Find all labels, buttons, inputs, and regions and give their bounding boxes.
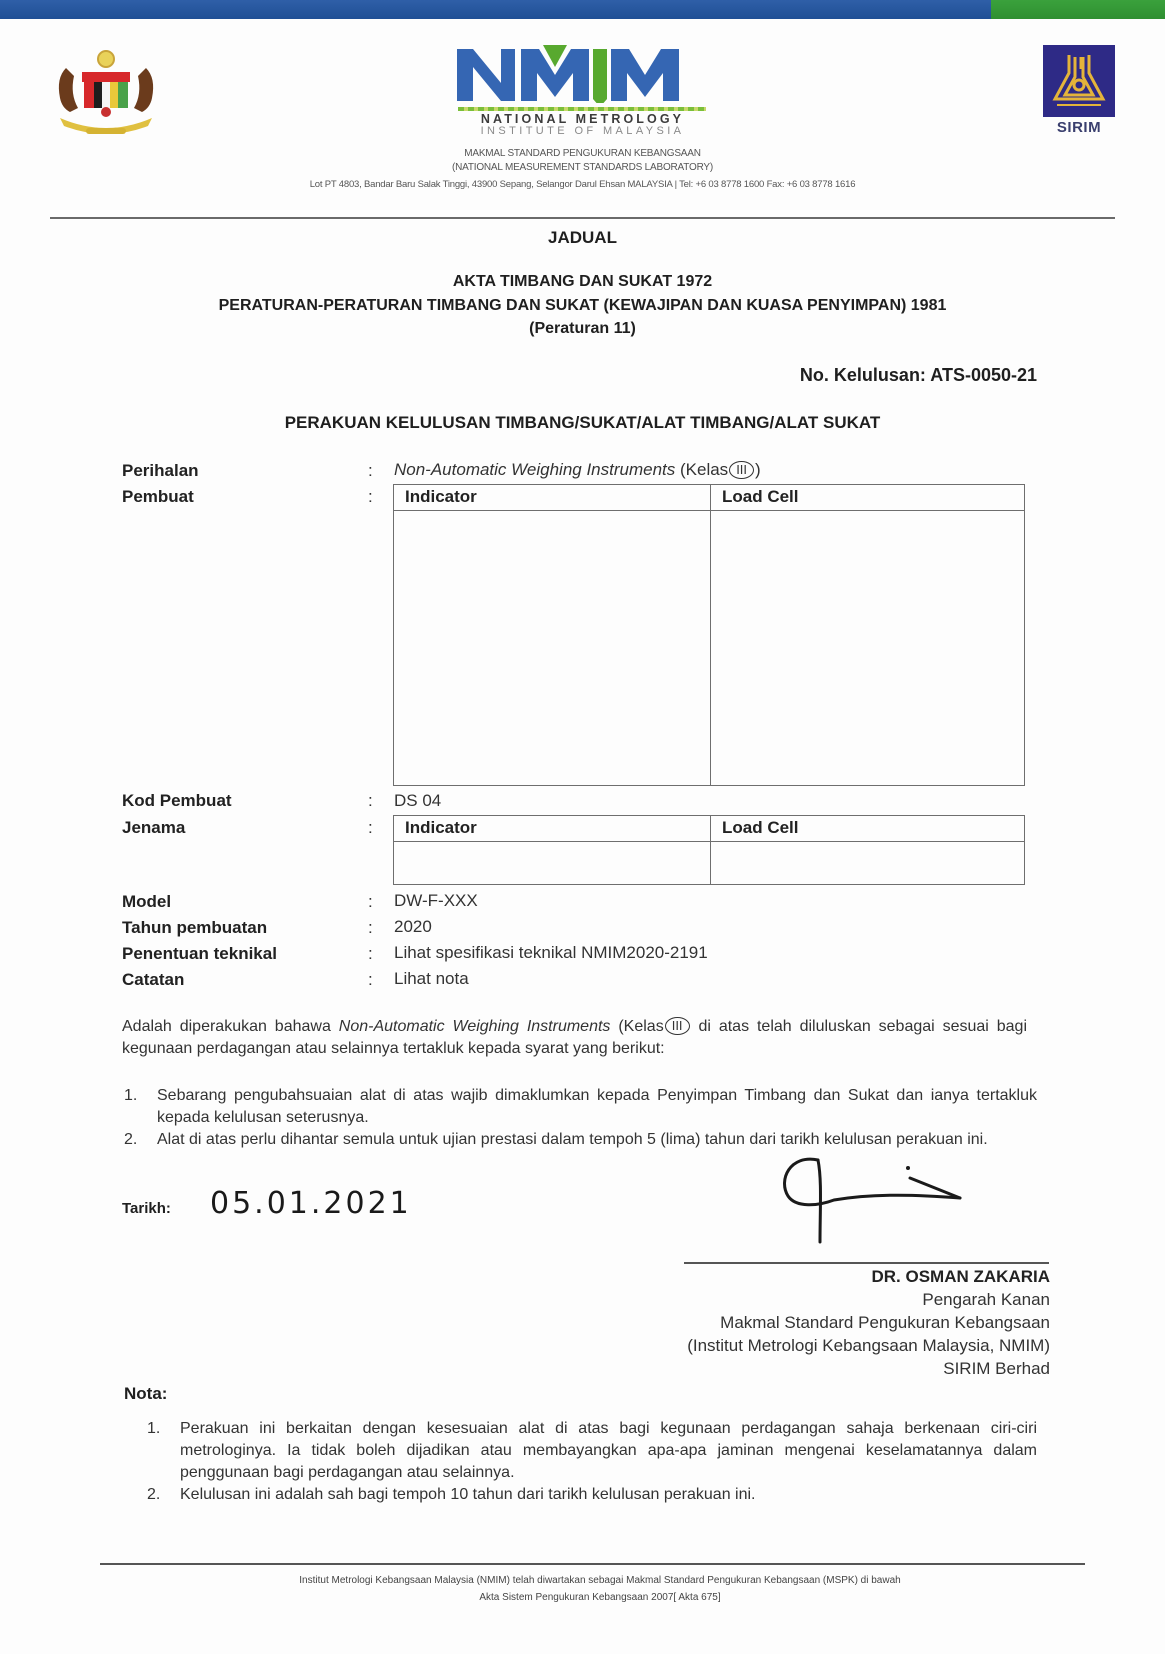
field-label-pembuat: Pembuat (122, 487, 194, 507)
note-number: 1. (147, 1418, 160, 1440)
field-value-perihalan: Non-Automatic Weighing Instruments (Kela… (394, 460, 761, 480)
signatory-title: Pengarah Kanan (687, 1288, 1050, 1311)
pembuat-header-load-cell: Load Cell (711, 485, 1025, 511)
certification-kelas-prefix: (Kelas (618, 1018, 663, 1035)
field-colon: : (368, 892, 373, 912)
note-text: Perakuan ini berkaitan dengan kesesuaian… (180, 1420, 1037, 1481)
field-colon: : (368, 818, 373, 838)
pembuat-header-indicator: Indicator (394, 485, 711, 511)
note-text: Kelulusan ini adalah sah bagi tempoh 10 … (180, 1486, 756, 1503)
field-label-catatan: Catatan (122, 970, 184, 990)
kelas-badge: III (729, 461, 754, 479)
approval-number: No. Kelulusan: ATS-0050-21 (800, 365, 1037, 386)
condition-number: 2. (124, 1129, 137, 1151)
pembuat-cell-load-cell (711, 511, 1025, 786)
note-item: 2. Kelulusan ini adalah sah bagi tempoh … (145, 1484, 1037, 1506)
note-number: 2. (147, 1484, 160, 1506)
instrument-type: Non-Automatic Weighing Instruments (394, 460, 675, 479)
header-divider (50, 217, 1115, 219)
signatory-org2: (Institut Metrologi Kebangsaan Malaysia,… (687, 1334, 1050, 1357)
condition-number: 1. (124, 1085, 137, 1107)
field-value-tahun-pembuatan: 2020 (394, 917, 432, 937)
condition-text: Sebarang pengubahsuaian alat di atas waj… (157, 1087, 1037, 1126)
date-label: Tarikh: (122, 1200, 171, 1217)
footer-line1: Institut Metrologi Kebangsaan Malaysia (… (140, 1572, 1060, 1589)
sirim-logo-text: SIRIM (1043, 119, 1115, 136)
field-value-catatan: Lihat nota (394, 969, 469, 989)
condition-text: Alat di atas perlu dihantar semula untuk… (157, 1131, 988, 1148)
field-colon: : (368, 944, 373, 964)
nmim-logo-line1: NATIONAL METROLOGY (455, 112, 710, 126)
field-colon: : (368, 918, 373, 938)
org-name-english: (NATIONAL MEASUREMENT STANDARDS LABORATO… (0, 161, 1165, 174)
pembuat-cell-indicator (394, 511, 711, 786)
field-colon: : (368, 791, 373, 811)
certification-statement: Adalah diperakukan bahawa Non-Automatic … (122, 1016, 1027, 1060)
approval-number-label: No. Kelulusan: (800, 365, 926, 385)
notes-list: 1. Perakuan ini berkaitan dengan kesesua… (145, 1418, 1037, 1506)
field-label-tahun-pembuatan: Tahun pembuatan (122, 918, 267, 938)
certification-kelas-badge: III (665, 1017, 690, 1035)
field-colon: : (368, 487, 373, 507)
field-label-jenama: Jenama (122, 818, 185, 838)
signature-line (684, 1262, 1049, 1264)
footer-line2: Akta Sistem Pengukuran Kebangsaan 2007[ … (140, 1589, 1060, 1606)
color-bar-blue (0, 0, 991, 19)
act-title: AKTA TIMBANG DAN SUKAT 1972 (0, 273, 1165, 291)
pembuat-table: Indicator Load Cell (393, 484, 1025, 786)
condition-item: 2. Alat di atas perlu dihantar semula un… (122, 1129, 1037, 1151)
notes-heading: Nota: (124, 1384, 167, 1404)
jenama-header-indicator: Indicator (394, 816, 711, 842)
signatory-org3: SIRIM Berhad (687, 1357, 1050, 1380)
nmim-logo: NATIONAL METROLOGY INSTITUTE OF MALAYSIA (455, 45, 710, 137)
date-value-handwritten: 05.01.2021 (210, 1186, 412, 1221)
field-colon: : (368, 461, 373, 481)
field-value-penentuan-teknikal: Lihat spesifikasi teknikal NMIM2020-2191 (394, 943, 708, 963)
conditions-list: 1. Sebarang pengubahsuaian alat di atas … (122, 1085, 1037, 1151)
field-value-model: DW-F-XXX (394, 891, 478, 911)
kelas-suffix: ) (755, 460, 761, 479)
jenama-table: Indicator Load Cell (393, 815, 1025, 885)
flask-icon (1043, 45, 1115, 117)
field-label-kod-pembuat: Kod Pembuat (122, 791, 232, 811)
footer-divider (100, 1563, 1085, 1565)
regulation-title: PERATURAN-PERATURAN TIMBANG DAN SUKAT (K… (0, 297, 1165, 315)
condition-item: 1. Sebarang pengubahsuaian alat di atas … (122, 1085, 1037, 1129)
field-colon: : (368, 970, 373, 990)
jenama-cell-load-cell (711, 842, 1025, 885)
signatory-org1: Makmal Standard Pengukuran Kebangsaan (687, 1311, 1050, 1334)
jenama-header-load-cell: Load Cell (711, 816, 1025, 842)
jenama-cell-indicator (394, 842, 711, 885)
org-address: Lot PT 4803, Bandar Baru Salak Tinggi, 4… (0, 178, 1165, 191)
regulation-ref: (Peraturan 11) (0, 320, 1165, 338)
field-label-penentuan-teknikal: Penentuan teknikal (122, 944, 277, 964)
nmim-logo-line2: INSTITUTE OF MALAYSIA (455, 125, 710, 137)
certification-intro: Adalah diperakukan bahawa (122, 1018, 331, 1035)
kelas-prefix: (Kelas (680, 460, 728, 479)
sirim-logo: SIRIM (1043, 45, 1115, 137)
field-value-kod-pembuat: DS 04 (394, 791, 441, 811)
malaysia-coat-of-arms-icon (48, 46, 164, 138)
org-name-malay: MAKMAL STANDARD PENGUKURAN KEBANGSAAN (0, 147, 1165, 160)
field-label-perihalan: Perihalan (122, 461, 199, 481)
signatory-block: DR. OSMAN ZAKARIA Pengarah Kanan Makmal … (687, 1265, 1050, 1380)
nmim-stripe (458, 107, 706, 111)
signature (760, 1150, 1000, 1250)
field-label-model: Model (122, 892, 171, 912)
certification-instrument-type: Non-Automatic Weighing Instruments (339, 1018, 611, 1035)
approval-number-value: ATS-0050-21 (930, 365, 1037, 385)
signatory-name: DR. OSMAN ZAKARIA (687, 1265, 1050, 1288)
schedule-title: JADUAL (0, 228, 1165, 248)
note-item: 1. Perakuan ini berkaitan dengan kesesua… (145, 1418, 1037, 1484)
letterhead-color-bar (0, 0, 1165, 19)
certificate-title: PERAKUAN KELULUSAN TIMBANG/SUKAT/ALAT TI… (0, 413, 1165, 433)
color-bar-green (991, 0, 1165, 19)
